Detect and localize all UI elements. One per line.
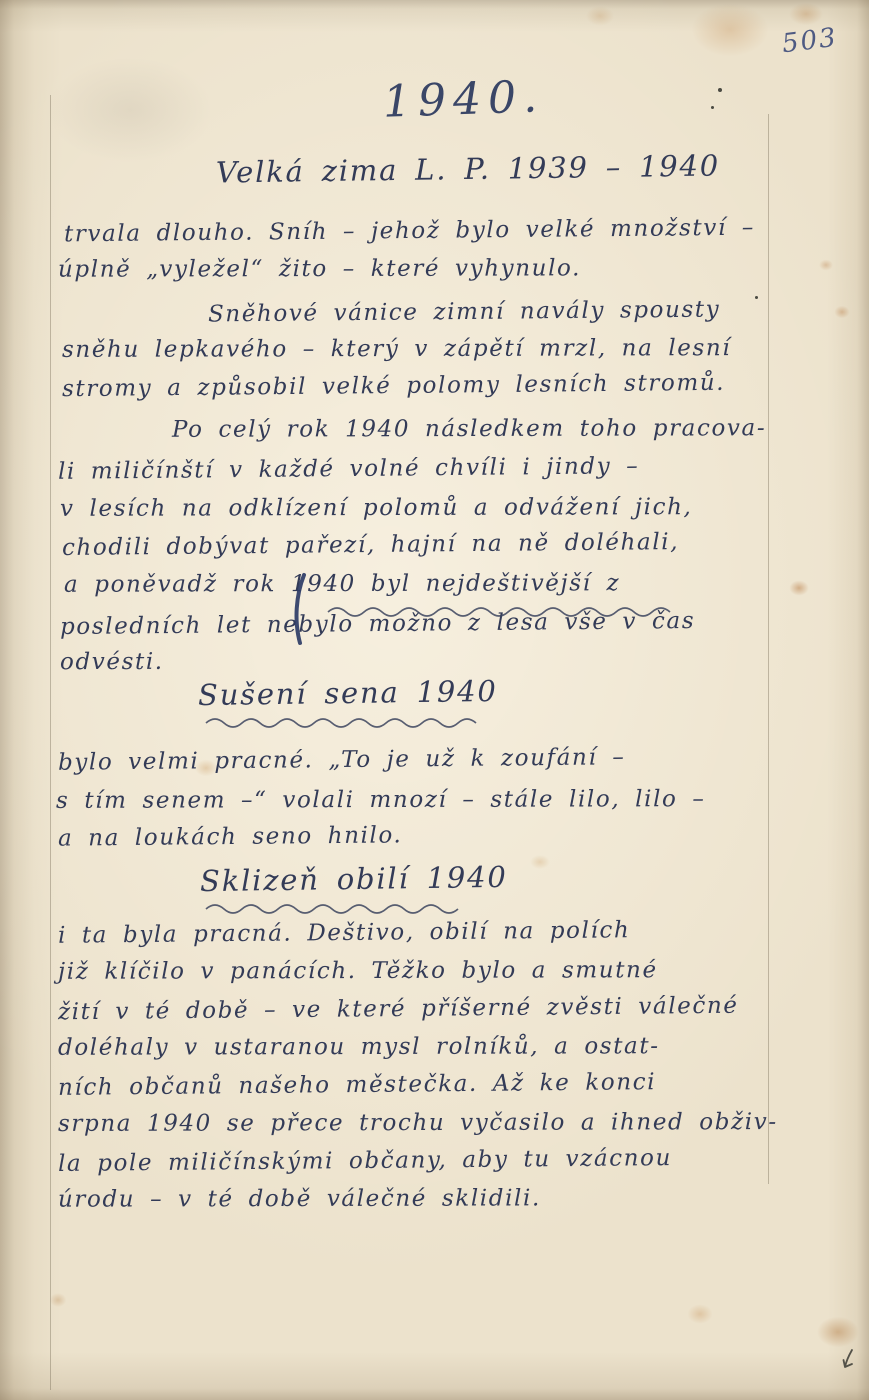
manuscript-line: la pole miličínskými občany, aby tu vzác…: [58, 1145, 672, 1177]
manuscript-line: a na loukách seno hnilo.: [58, 822, 403, 851]
manuscript-line: s tím senem –“ volali mnozí – stále lilo…: [56, 786, 706, 814]
ink-dot: [755, 296, 758, 299]
manuscript-line: Po celý rok 1940 následkem toho pracova-: [172, 415, 766, 443]
ink-tick-mark: [836, 1348, 856, 1370]
year-title: 1940.: [382, 71, 545, 128]
manuscript-line: sněhu lepkavého – který v zápětí mrzl, n…: [62, 335, 731, 363]
manuscript-line: srpna 1940 se přece trochu vyčasilo a ih…: [58, 1109, 778, 1137]
manuscript-line: trvala dlouho. Sníh – jehož bylo velké m…: [64, 215, 755, 248]
manuscript-line: li miličínští v každé volné chvíli i jin…: [58, 453, 640, 485]
wavy-underline: [326, 603, 678, 619]
ink-dot: [718, 88, 722, 92]
wavy-underline: [204, 714, 480, 730]
section-heading-winter: Velká zima L. P. 1939 – 1940: [216, 148, 721, 189]
manuscript-line: bylo velmi pracné. „To je už k zoufání –: [58, 744, 626, 775]
manuscript-line: chodili dobývat pařezí, hajní na ně dolé…: [62, 529, 679, 561]
manuscript-line: v lesích na odklízení polomů a odvážení …: [60, 494, 692, 522]
wavy-underline: [204, 900, 464, 916]
manuscript-line: stromy a způsobil velké polomy lesních s…: [62, 370, 725, 402]
manuscript-line: úplně „vyležel“ žito – které vyhynulo.: [58, 255, 581, 282]
page-number: 503: [780, 23, 839, 60]
manuscript-line: již klíčilo v panácích. Těžko bylo a smu…: [58, 957, 658, 985]
margin-line-right: [768, 114, 769, 1184]
manuscript-line: Sněhové vánice zimní navály spousty: [208, 297, 721, 328]
ink-flourish: [290, 573, 310, 647]
manuscript-line: a poněvadž rok 1940 byl nejdeštivější z: [64, 570, 620, 597]
ink-dot: [711, 106, 714, 109]
manuscript-line: žití v té době – ve které příšerné zvěst…: [58, 993, 739, 1026]
manuscript-line: i ta byla pracná. Deštivo, obilí na polí…: [58, 917, 631, 948]
manuscript-line: úrodu – v té době válečné sklidili.: [58, 1185, 541, 1212]
section-heading-hay: Sušení sena 1940: [198, 674, 498, 712]
manuscript-line: odvésti.: [60, 649, 164, 675]
manuscript-line: doléhaly v ustaranou mysl rolníků, a ost…: [58, 1033, 660, 1061]
section-heading-harvest: Sklizeň obilí 1940: [200, 860, 508, 898]
margin-line-left: [50, 95, 51, 1390]
manuscript-page: 503 1940. Velká zima L. P. 1939 – 1940 t…: [0, 0, 869, 1400]
manuscript-line: ních občanů našeho městečka. Až ke konci: [58, 1069, 656, 1101]
